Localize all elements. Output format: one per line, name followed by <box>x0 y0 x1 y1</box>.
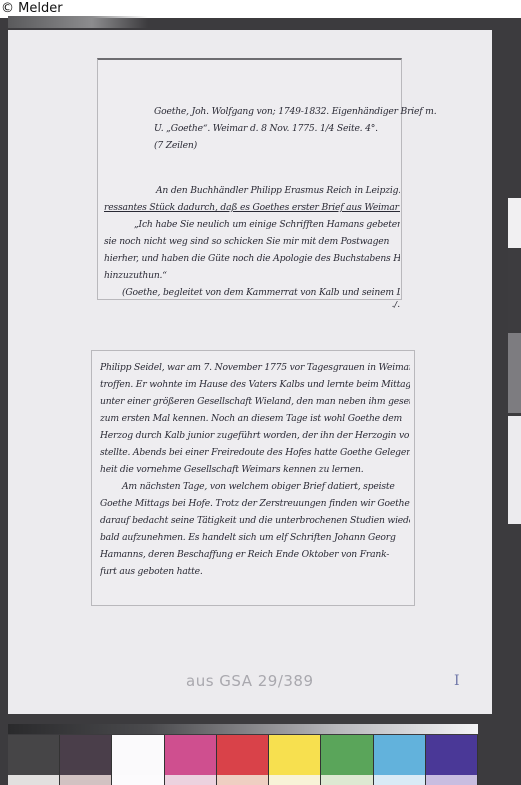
card-line: heit die vornehme Gesellschaft Weimars k… <box>100 461 410 478</box>
color-swatch <box>217 735 269 775</box>
color-swatch <box>269 775 321 785</box>
card-line: Hamanns, deren Beschaffung er Reich Ende… <box>100 546 410 563</box>
color-swatch <box>426 735 478 775</box>
card-top-text: Goethe, Joh. Wolfgang von; 1749-1832. Ei… <box>154 103 436 154</box>
archive-stamp: aus GSA 29/389 <box>186 672 314 690</box>
color-calibration-strip <box>8 724 478 785</box>
color-swatch <box>321 775 373 785</box>
card-line: sie noch nicht weg sind so schicken Sie … <box>104 233 400 250</box>
color-swatch <box>269 735 321 775</box>
color-swatch <box>8 775 60 785</box>
color-swatch <box>112 735 164 775</box>
color-swatch <box>60 775 112 785</box>
card-line: hierher, und haben die Güte noch die Apo… <box>104 250 400 267</box>
gray-gradient-bar <box>8 724 478 734</box>
gray-patch <box>508 416 521 524</box>
scanner-edge-shadow <box>8 16 148 28</box>
tint-swatches-row <box>8 775 478 785</box>
card-line: bald aufzunehmen. Es handelt sich um elf… <box>100 529 410 546</box>
color-swatch <box>112 775 164 785</box>
card-line: stellte. Abends bei einer Freiredoute de… <box>100 444 410 461</box>
card-line: furt aus geboten hatte. <box>100 563 410 580</box>
card-line: An den Buchhändler Philipp Erasmus Reich… <box>104 182 400 199</box>
card-line: hinzuzuthun.“ <box>104 267 400 284</box>
card-line: darauf bedacht seine Tätigkeit und die u… <box>100 512 410 529</box>
card-line: Goethe, Joh. Wolfgang von; 1749-1832. Ei… <box>154 103 436 120</box>
gray-patch <box>508 250 521 330</box>
card-line: U. „Goethe“. Weimar d. 8 Nov. 1775. 1/4 … <box>154 120 436 137</box>
folio-mark: I <box>454 673 460 689</box>
catalog-card-bottom: Philipp Seidel, war am 7. November 1775 … <box>91 350 415 606</box>
card-line: „Ich habe Sie neulich um einige Schrifft… <box>104 216 400 233</box>
card-line: unter einer größeren Gesellschaft Wielan… <box>100 393 410 410</box>
card-line: ressantes Stück dadurch, daß es Goethes … <box>104 199 400 216</box>
color-swatch <box>426 775 478 785</box>
card-line: Am nächsten Tage, von welchem obiger Bri… <box>100 478 410 495</box>
card-line: Philipp Seidel, war am 7. November 1775 … <box>100 359 410 376</box>
card-line: (7 Zeilen) <box>154 137 436 154</box>
catalog-card-top: Goethe, Joh. Wolfgang von; 1749-1832. Ei… <box>97 58 402 300</box>
color-swatch <box>165 775 217 785</box>
card-line: (Goethe, begleitet von dem Kammerrat von… <box>104 284 400 301</box>
card-line: Goethe Mittags bei Hofe. Trotz der Zerst… <box>100 495 410 512</box>
color-swatch <box>60 735 112 775</box>
gray-patch <box>508 198 521 248</box>
card-top-body: An den Buchhändler Philipp Erasmus Reich… <box>104 182 400 309</box>
card-line: ./. <box>104 301 400 309</box>
color-swatch <box>374 775 426 785</box>
color-swatches-row <box>8 735 478 775</box>
card-line: Herzog durch Kalb junior zugeführt worde… <box>100 427 410 444</box>
color-swatch <box>165 735 217 775</box>
color-swatch <box>321 735 373 775</box>
card-line: zum ersten Mal kennen. Noch an diesem Ta… <box>100 410 410 427</box>
card-line: troffen. Er wohnte im Hause des Vaters K… <box>100 376 410 393</box>
color-swatch <box>217 775 269 785</box>
card-bottom-text: Philipp Seidel, war am 7. November 1775 … <box>100 359 410 580</box>
gray-patch <box>508 333 521 413</box>
color-swatch <box>374 735 426 775</box>
color-swatch <box>8 735 60 775</box>
